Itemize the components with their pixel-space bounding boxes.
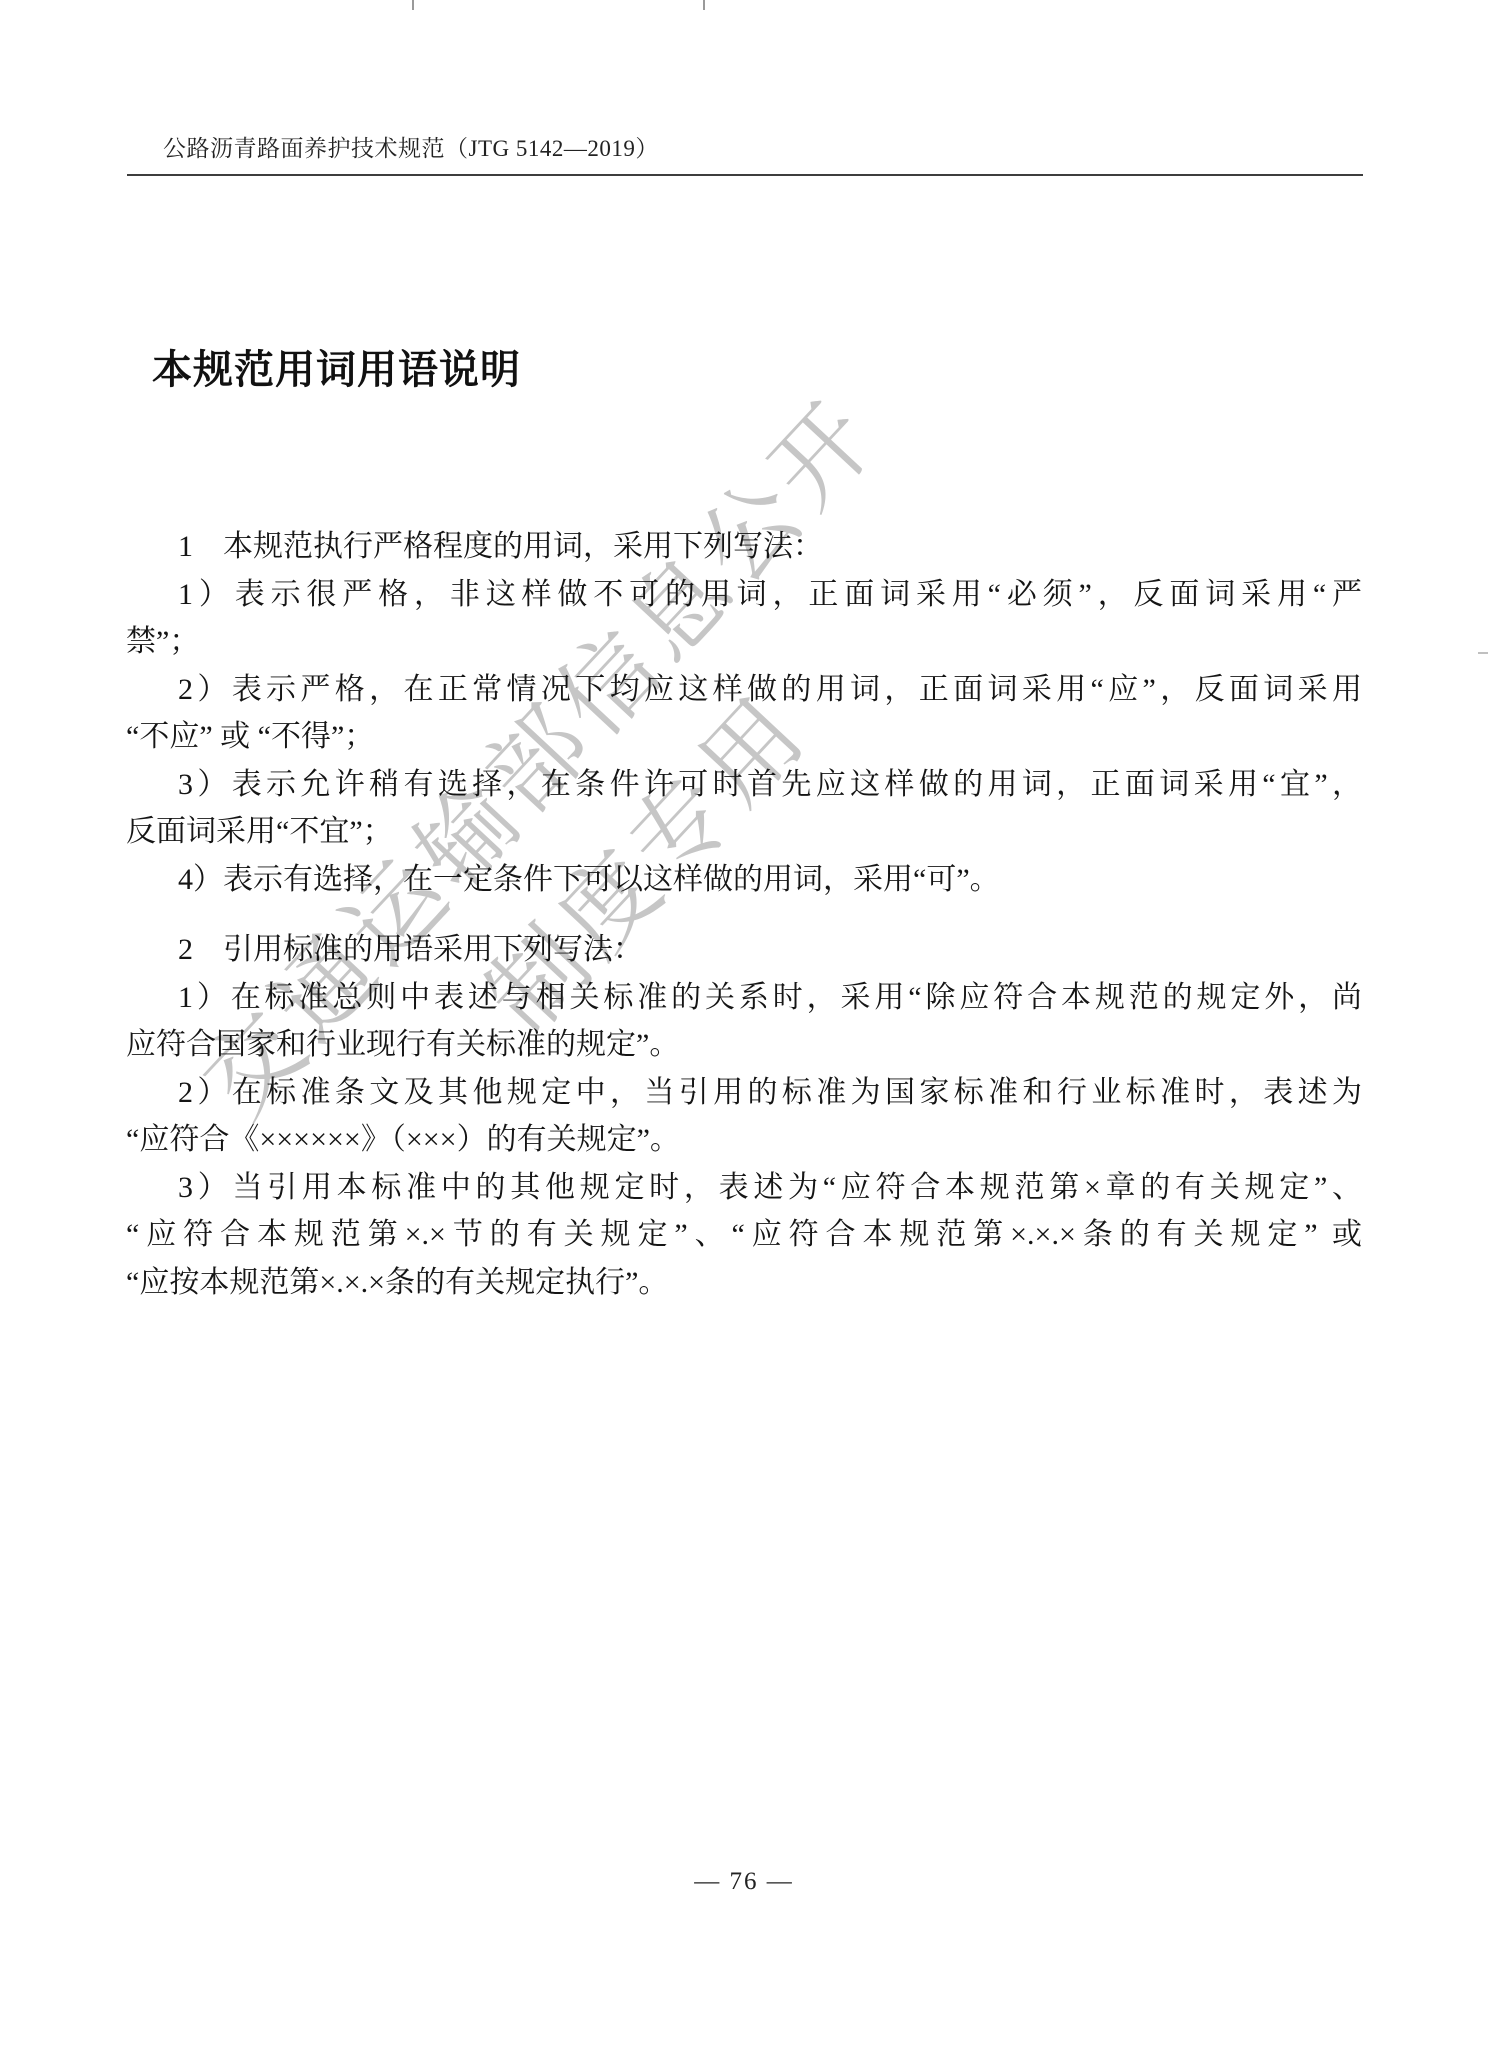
body-line-4: 2）表示严格，在正常情况下均应这样做的用词，正面词采用“应”，反面词采用 [126,666,1362,714]
body-line-11: 应符合国家和行业现行有关标准的规定”。 [126,1021,1362,1069]
body-line-9: 2 引用标准的用语采用下列写法： [126,926,1362,974]
body-line-1: 1 本规范执行严格程度的用词，采用下列写法： [126,523,1362,571]
body-line-6: 3）表示允许稍有选择，在条件许可时首先应这样做的用词，正面词采用“宜”， [126,761,1362,809]
body-line-10: 1）在标准总则中表述与相关标准的关系时，采用“除应符合本规范的规定外，尚 [126,974,1362,1022]
body-line-5: “不应” 或 “不得”； [126,713,1362,761]
document-page: 交通运输部信息公开 制度专用 公路沥青路面养护技术规范（JTG 5142—201… [0,0,1488,2054]
body-line-2: 1）表示很严格，非这样做不可的用词，正面词采用“必须”，反面词采用“严 [126,571,1362,619]
page-number: — 76 — [0,1868,1488,1896]
document-body: 1 本规范执行严格程度的用词，采用下列写法： 1）表示很严格，非这样做不可的用词… [126,523,1362,1306]
body-line-14: 3）当引用本标准中的其他规定时，表述为“应符合本规范第×章的有关规定”、 [126,1164,1362,1212]
body-line-15: “应符合本规范第×.×节的有关规定”、“应符合本规范第×.×.×条的有关规定” … [126,1211,1362,1259]
page-title: 本规范用词用语说明 [152,338,521,395]
scan-mark-icon [1478,652,1488,654]
running-head: 公路沥青路面养护技术规范（JTG 5142—2019） [163,130,659,163]
body-line-12: 2）在标准条文及其他规定中，当引用的标准为国家标准和行业标准时，表述为 [126,1069,1362,1117]
body-line-3: 禁”； [126,618,1362,666]
scan-mark-icon [412,0,414,10]
body-line-7: 反面词采用“不宜”； [126,808,1362,856]
body-line-13: “应符合《××××××》（×××）的有关规定”。 [126,1116,1362,1164]
body-line-8: 4）表示有选择，在一定条件下可以这样做的用词，采用“可”。 [126,856,1362,904]
header-rule [127,174,1363,176]
scan-mark-icon [703,0,705,10]
body-line-16: “应按本规范第×.×.×条的有关规定执行”。 [126,1259,1362,1307]
